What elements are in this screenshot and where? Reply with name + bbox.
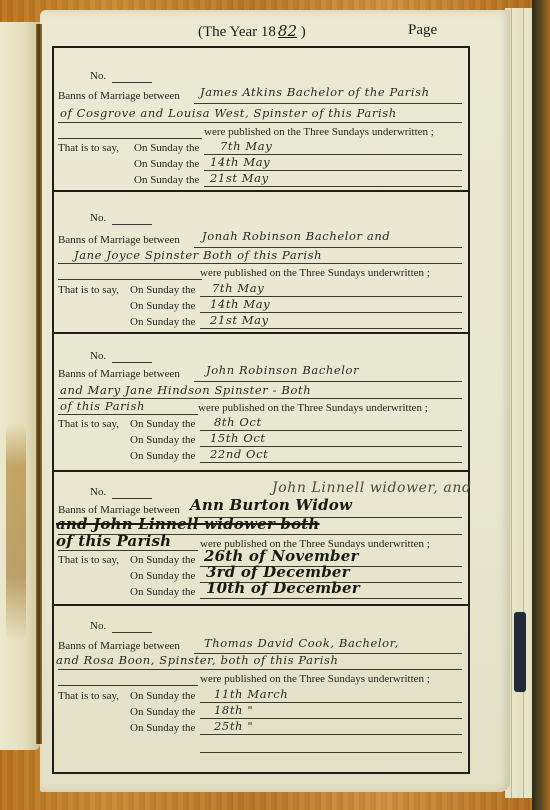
sunday-date-2: 14th May: [210, 155, 270, 169]
banns-form-frame: No. Banns of Marriage between James Atki…: [52, 46, 470, 774]
book-clasp: [514, 612, 526, 692]
names-line: [58, 685, 198, 686]
sunday-label: On Sunday the: [130, 690, 195, 702]
sunday-label: On Sunday the: [130, 554, 195, 566]
banns-label: Banns of Marriage between: [58, 234, 180, 246]
number-line: [112, 82, 152, 83]
sunday-label: On Sunday the: [130, 450, 195, 462]
sunday-label: On Sunday the: [134, 142, 199, 154]
names-line: [58, 550, 198, 551]
sunday-label: On Sunday the: [130, 434, 195, 446]
year-heading: (The Year 1882 ): [198, 22, 306, 41]
published-label: were published on the Three Sundays unde…: [200, 267, 430, 279]
page-header: (The Year 1882 ) Page: [40, 20, 510, 44]
water-stain: [6, 422, 26, 642]
left-page-edge: [0, 22, 40, 750]
book-cover-edge: [532, 0, 550, 810]
date-line: [200, 462, 462, 463]
names-line: [58, 263, 462, 264]
names-line-1: James Atkins Bachelor of the Parish: [200, 85, 430, 99]
names-line-2: and Mary Jane Hindson Spinster - Both: [60, 383, 311, 397]
names-line-1: Ann Burton Widow: [190, 496, 352, 514]
names-line-2: and Rosa Boon, Spinster, both of this Pa…: [56, 653, 339, 667]
sunday-label: On Sunday the: [130, 300, 195, 312]
date-line: [200, 328, 462, 329]
banns-entry: John Linnell widower, and No. Banns of M…: [54, 472, 468, 606]
sunday-date-1: 7th May: [212, 281, 264, 295]
names-line: [194, 103, 462, 104]
banns-label: Banns of Marriage between: [58, 368, 180, 380]
names-line: [58, 279, 202, 280]
sunday-date-1: 7th May: [220, 139, 272, 153]
published-label: were published on the Three Sundays unde…: [204, 126, 434, 138]
names-line: [58, 138, 202, 139]
sunday-label: On Sunday the: [130, 418, 195, 430]
sunday-label: On Sunday the: [130, 722, 195, 734]
banns-entry: No. Banns of Marriage between John Robin…: [54, 334, 468, 472]
sunday-date-2: 18th ": [214, 703, 253, 717]
number-label: No.: [90, 70, 106, 82]
banns-label: Banns of Marriage between: [58, 640, 180, 652]
banns-entry: No. Banns of Marriage between Jonah Robi…: [54, 192, 468, 334]
names-line-2-struck: and John Linnell widower both: [56, 515, 320, 533]
sunday-date-2: 15th Oct: [210, 431, 266, 445]
sunday-label: On Sunday the: [134, 174, 199, 186]
names-line-1: John Robinson Bachelor: [206, 363, 359, 377]
date-line: [200, 598, 462, 599]
number-label: No.: [90, 212, 106, 224]
that-is-label: That is to say,: [58, 284, 119, 296]
sunday-label: On Sunday the: [130, 570, 195, 582]
sunday-date-3: 22nd Oct: [210, 447, 268, 461]
names-line-1: Thomas David Cook, Bachelor,: [204, 636, 399, 650]
number-line: [112, 224, 152, 225]
names-line-2: Jane Joyce Spinster Both of this Parish: [74, 248, 322, 262]
banns-label: Banns of Marriage between: [58, 90, 180, 102]
number-label: No.: [90, 486, 106, 498]
sunday-date-3: 21st May: [210, 171, 269, 185]
sunday-label: On Sunday the: [130, 316, 195, 328]
that-is-label: That is to say,: [58, 142, 119, 154]
sunday-label: On Sunday the: [130, 706, 195, 718]
sunday-label: On Sunday the: [130, 586, 195, 598]
names-line: [58, 122, 462, 123]
sunday-date-1: 11th March: [214, 687, 288, 701]
blank-ruled-line: [200, 752, 462, 753]
that-is-label: That is to say,: [58, 690, 119, 702]
published-label: were published on the Three Sundays unde…: [200, 673, 430, 685]
sunday-date-3: 25th ": [214, 719, 253, 733]
published-label: were published on the Three Sundays unde…: [198, 402, 428, 414]
names-line-2: of Cosgrove and Louisa West, Spinster of…: [60, 106, 397, 120]
number-line: [112, 362, 152, 363]
sunday-label: On Sunday the: [130, 284, 195, 296]
sunday-date-3: 21st May: [210, 313, 269, 327]
book-gutter: [36, 24, 42, 744]
names-line: [58, 414, 198, 415]
date-line: [204, 186, 462, 187]
number-label: No.: [90, 620, 106, 632]
date-line: [200, 734, 462, 735]
number-label: No.: [90, 350, 106, 362]
sunday-date-2: 14th May: [210, 297, 270, 311]
names-line: [58, 669, 462, 670]
sunday-date-3: 10th of December: [206, 579, 360, 597]
names-line-3: of this Parish: [60, 399, 145, 413]
names-line-3: of this Parish: [56, 532, 171, 550]
names-line-1: Jonah Robinson Bachelor and: [202, 229, 390, 243]
names-above-insertion: John Linnell widower, and: [272, 480, 472, 496]
banns-entry: No. Banns of Marriage between Thomas Dav…: [54, 606, 468, 770]
names-line: [194, 381, 462, 382]
sunday-date-1: 8th Oct: [214, 415, 262, 429]
number-line: [112, 632, 152, 633]
number-line: [112, 498, 152, 499]
that-is-label: That is to say,: [58, 554, 119, 566]
page-number-label: Page: [408, 22, 437, 39]
sunday-label: On Sunday the: [134, 158, 199, 170]
that-is-label: That is to say,: [58, 418, 119, 430]
year-handwritten: 82: [278, 22, 297, 40]
banns-entry: No. Banns of Marriage between James Atki…: [54, 48, 468, 192]
